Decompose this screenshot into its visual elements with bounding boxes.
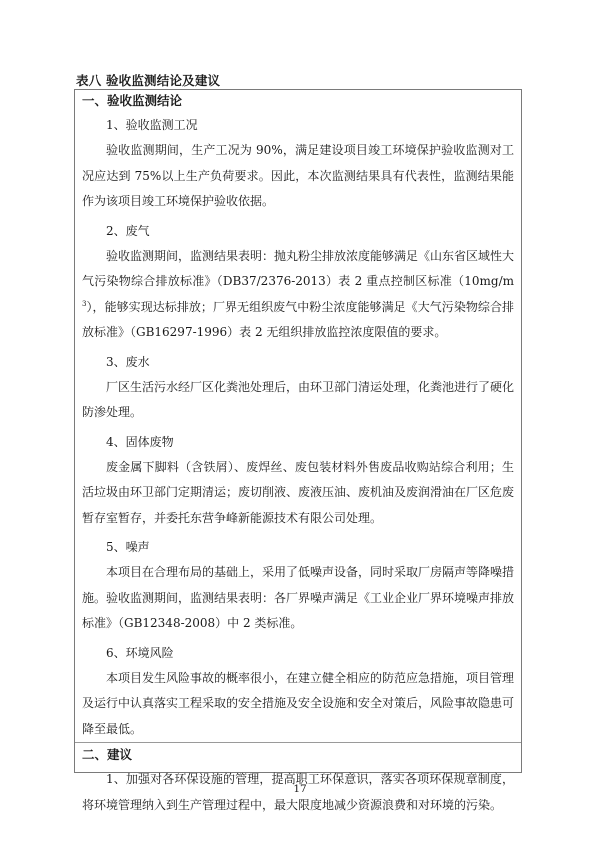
exhaust-text-part2: ），能够实现达标排放；厂界无组织废气中粉尘浓度能够满足《大气污染物综合排放标准》… bbox=[82, 300, 514, 340]
section-heading-suggestions: 二、建议 bbox=[82, 743, 514, 767]
paragraph-solid-waste: 废金属下脚料（含铁屑）、废焊丝、废包装材料外售废品收购站综合利用；生活垃圾由环卫… bbox=[82, 455, 514, 532]
conclusion-table: 一、验收监测结论 1、验收监测工况 验收监测期间，生产工况为 90%，满足建设项… bbox=[74, 89, 522, 773]
paragraph-working-condition: 验收监测期间，生产工况为 90%，满足建设项目竣工环境保护验收监测对工况应达到 … bbox=[82, 138, 514, 215]
section-heading-conclusions: 一、验收监测结论 bbox=[82, 90, 514, 112]
subheading-environmental-risk: 6、环境风险 bbox=[82, 640, 514, 666]
paragraph-wastewater: 厂区生活污水经厂区化粪池处理后，由环卫部门清运处理，化粪池进行了硬化防渗处理。 bbox=[82, 375, 514, 426]
paragraph-noise: 本项目在合理布局的基础上，采用了低噪声设备，同时采取厂房隔声等降噪措施。验收监测… bbox=[82, 560, 514, 637]
subheading-noise: 5、噪声 bbox=[82, 534, 514, 560]
subheading-wastewater: 3、废水 bbox=[82, 349, 514, 375]
table-caption: 表八 验收监测结论及建议 bbox=[76, 71, 220, 89]
exhaust-text-part1: 验收监测期间，监测结果表明：抛丸粉尘排放浓度能够满足《山东省区域性大气污染物综合… bbox=[82, 249, 514, 289]
subheading-solid-waste: 4、固体废物 bbox=[82, 429, 514, 455]
subheading-exhaust-gas: 2、废气 bbox=[82, 218, 514, 244]
paragraph-environmental-risk: 本项目发生风险事故的概率很小，在建立健全相应的防范应急措施，项目管理及运行中认真… bbox=[82, 666, 514, 743]
paragraph-exhaust-gas: 验收监测期间，监测结果表明：抛丸粉尘排放浓度能够满足《山东省区域性大气污染物综合… bbox=[82, 244, 514, 346]
subheading-working-condition: 1、验收监测工况 bbox=[82, 112, 514, 138]
page-number: 17 bbox=[0, 783, 600, 795]
